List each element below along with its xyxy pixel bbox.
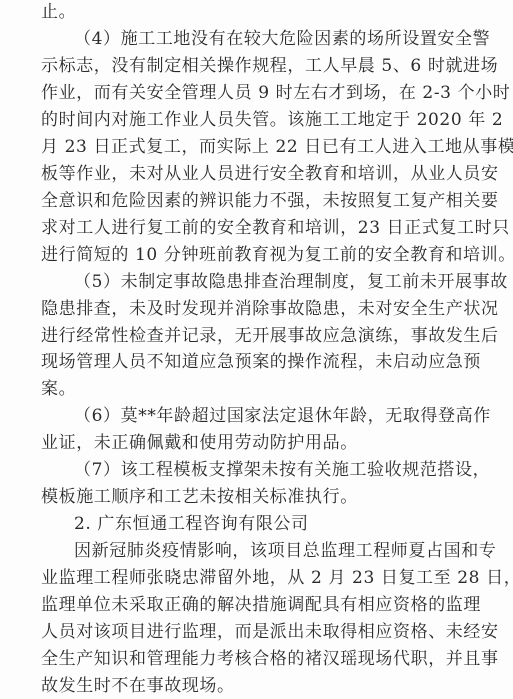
text-line: 业监理工程师张晓忠滞留外地，从 2 月 23 日复工至 28 日，: [41, 568, 461, 588]
text-line: 止。: [41, 2, 461, 22]
text-line: 板等作业，未对从业人员进行安全教育和培训，从业人员安: [41, 164, 461, 184]
text-line: 的时间内对施工作业人员失管。该施工工地定于 2020 年 2: [41, 110, 461, 130]
text-line: 示标志，没有制定相关操作规程，工人早晨 5、6 时就进场: [41, 56, 461, 76]
text-line: 全生产知识和管理能力考核合格的褚汉瑶现场代职，并且事: [41, 649, 461, 669]
text-line: 案。: [41, 379, 461, 399]
text-line: （6）莫**年龄超过国家法定退休年龄，无取得登高作: [74, 406, 461, 426]
text-line: （7）该工程模板支撑架未按有关施工验收规范搭设，: [74, 460, 461, 480]
text-line: 月 23 日正式复工，而实际上 22 日已有工人进入工地从事模: [41, 137, 461, 157]
text-line: 监理单位未采取正确的解决措施调配具有相应资格的监理: [41, 595, 461, 615]
text-line: 因新冠肺炎疫情影响，该项目总监理工程师夏占国和专: [74, 541, 461, 561]
text-line: 2. 广东恒通工程咨询有限公司: [74, 514, 461, 534]
text-line: （4）施工工地没有在较大危险因素的场所设置安全警: [74, 29, 461, 49]
document-page: 止。（4）施工工地没有在较大危险因素的场所设置安全警示标志，没有制定相关操作规程…: [0, 0, 513, 699]
text-line: 故发生时不在事故现场。: [41, 676, 461, 696]
text-line: 模板施工顺序和工艺未按相关标准执行。: [41, 487, 461, 507]
text-line: 全意识和危险因素的辨识能力不强，未按照复工复产相关要: [41, 191, 461, 211]
text-line: 现场管理人员不知道应急预案的操作流程，未启动应急预: [41, 352, 461, 372]
text-line: 人员对该项目进行监理，而是派出未取得相应资格、未经安: [41, 622, 461, 642]
text-line: 进行经常性检查并记录，无开展事故应急演练，事故发生后: [41, 326, 461, 346]
text-line: 求对工人进行复工前的安全教育和培训，23 日正式复工时只: [41, 218, 461, 238]
text-line: 进行简短的 10 分钟班前教育视为复工前的安全教育和培训。: [41, 245, 461, 265]
text-line: 作业，而有关安全管理人员 9 时左右才到场，在 2-3 个小时: [41, 83, 461, 103]
text-line: （5）未制定事故隐患排查治理制度，复工前未开展事故: [74, 272, 461, 292]
text-line: 隐患排查，未及时发现并消除事故隐患，未对安全生产状况: [41, 299, 461, 319]
text-line: 业证，未正确佩戴和使用劳动防护用品。: [41, 433, 461, 453]
